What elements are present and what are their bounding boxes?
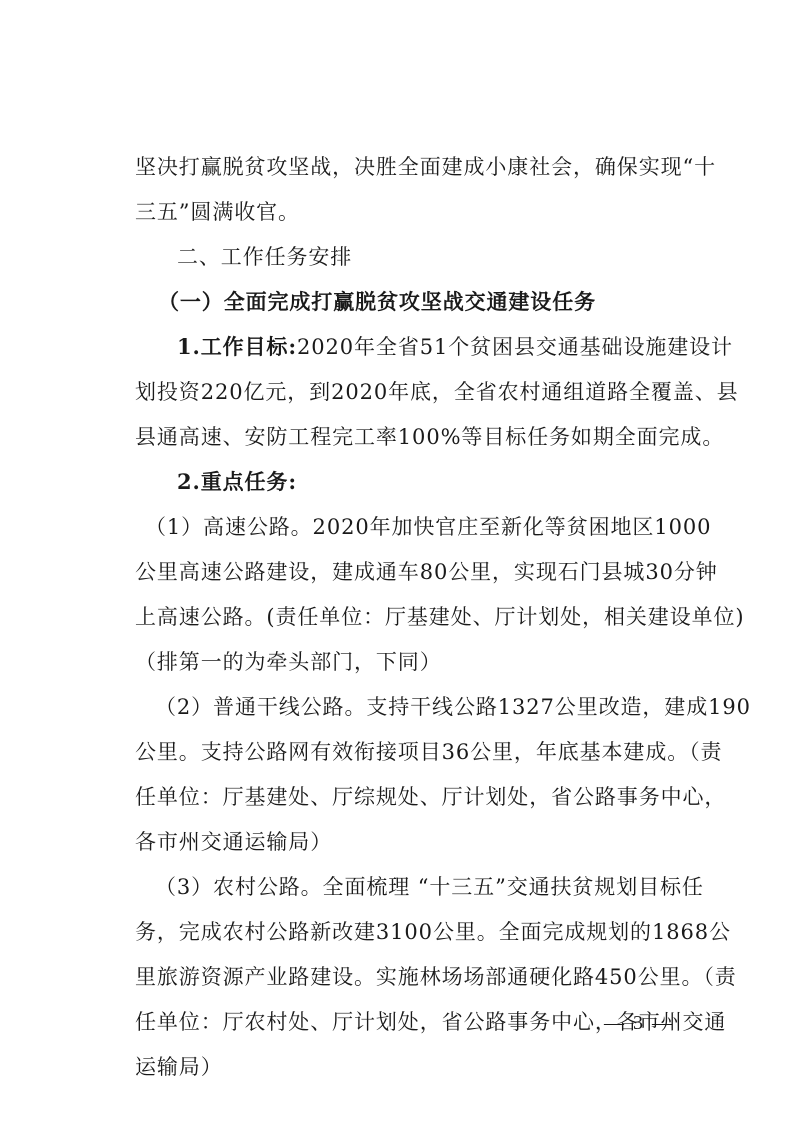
body-text-line: 务，完成农村公路新改建3100公里。全面完成规划的1868公 — [135, 917, 695, 947]
work-goal-text: 2020年全省51个贫困县交通基础设施建设计 — [297, 335, 733, 359]
rural-road-item: （3）农村公路。全面梳理 “十三五”交通扶贫规划目标任 — [155, 872, 695, 902]
subsection-heading: （一）全面完成打赢脱贫攻坚战交通建设任务 — [158, 287, 718, 317]
work-goal-paragraph: 1.工作目标:2020年全省51个贫困县交通基础设施建设计 — [177, 332, 695, 362]
body-text-line: 上高速公路。(责任单位：厅基建处、厅计划处，相关建设单位) — [135, 602, 695, 632]
body-text-line: 里旅游资源产业路建设。实施林场场部通硬化路450公里。（责 — [135, 962, 695, 992]
body-text-line: 各市州交通运输局） — [135, 827, 695, 857]
work-goal-label: 1.工作目标: — [177, 334, 297, 359]
body-text-line: 公里高速公路建设，建成通车80公里，实现石门县城30分钟 — [135, 557, 695, 587]
body-text-line: 划投资220亿元，到2020年底，全省农村通组道路全覆盖、县 — [135, 377, 695, 407]
body-text-line: （排第一的为牵头部门，下同） — [135, 647, 695, 677]
body-text-line: 公里。支持公路网有效衔接项目36公里，年底基本建成。（责 — [135, 737, 695, 767]
section-heading: 二、工作任务安排 — [177, 242, 737, 272]
body-text-line: 三五”圆满收官。 — [135, 197, 695, 227]
body-text-line: 县通高速、安防工程完工率100%等目标任务如期全面完成。 — [135, 422, 695, 452]
body-text-line: 任单位：厅基建处、厅综规处、厅计划处，省公路事务中心， — [135, 782, 695, 812]
key-tasks-label: 2.重点任务: — [177, 467, 737, 497]
body-text-line: 运输局） — [135, 1052, 695, 1082]
document-page: 坚决打赢脱贫攻坚战，决胜全面建成小康社会，确保实现“十 三五”圆满收官。 二、工… — [0, 0, 793, 1122]
trunk-highway-item: （2）普通干线公路。支持干线公路1327公里改造，建成190 — [155, 692, 695, 722]
expressway-item: （1）高速公路。2020年加快官庄至新化等贫困地区1000 — [145, 512, 695, 542]
body-text-line: 坚决打赢脱贫攻坚战，决胜全面建成小康社会，确保实现“十 — [135, 152, 695, 182]
page-number: — 3 — — [604, 1012, 674, 1035]
